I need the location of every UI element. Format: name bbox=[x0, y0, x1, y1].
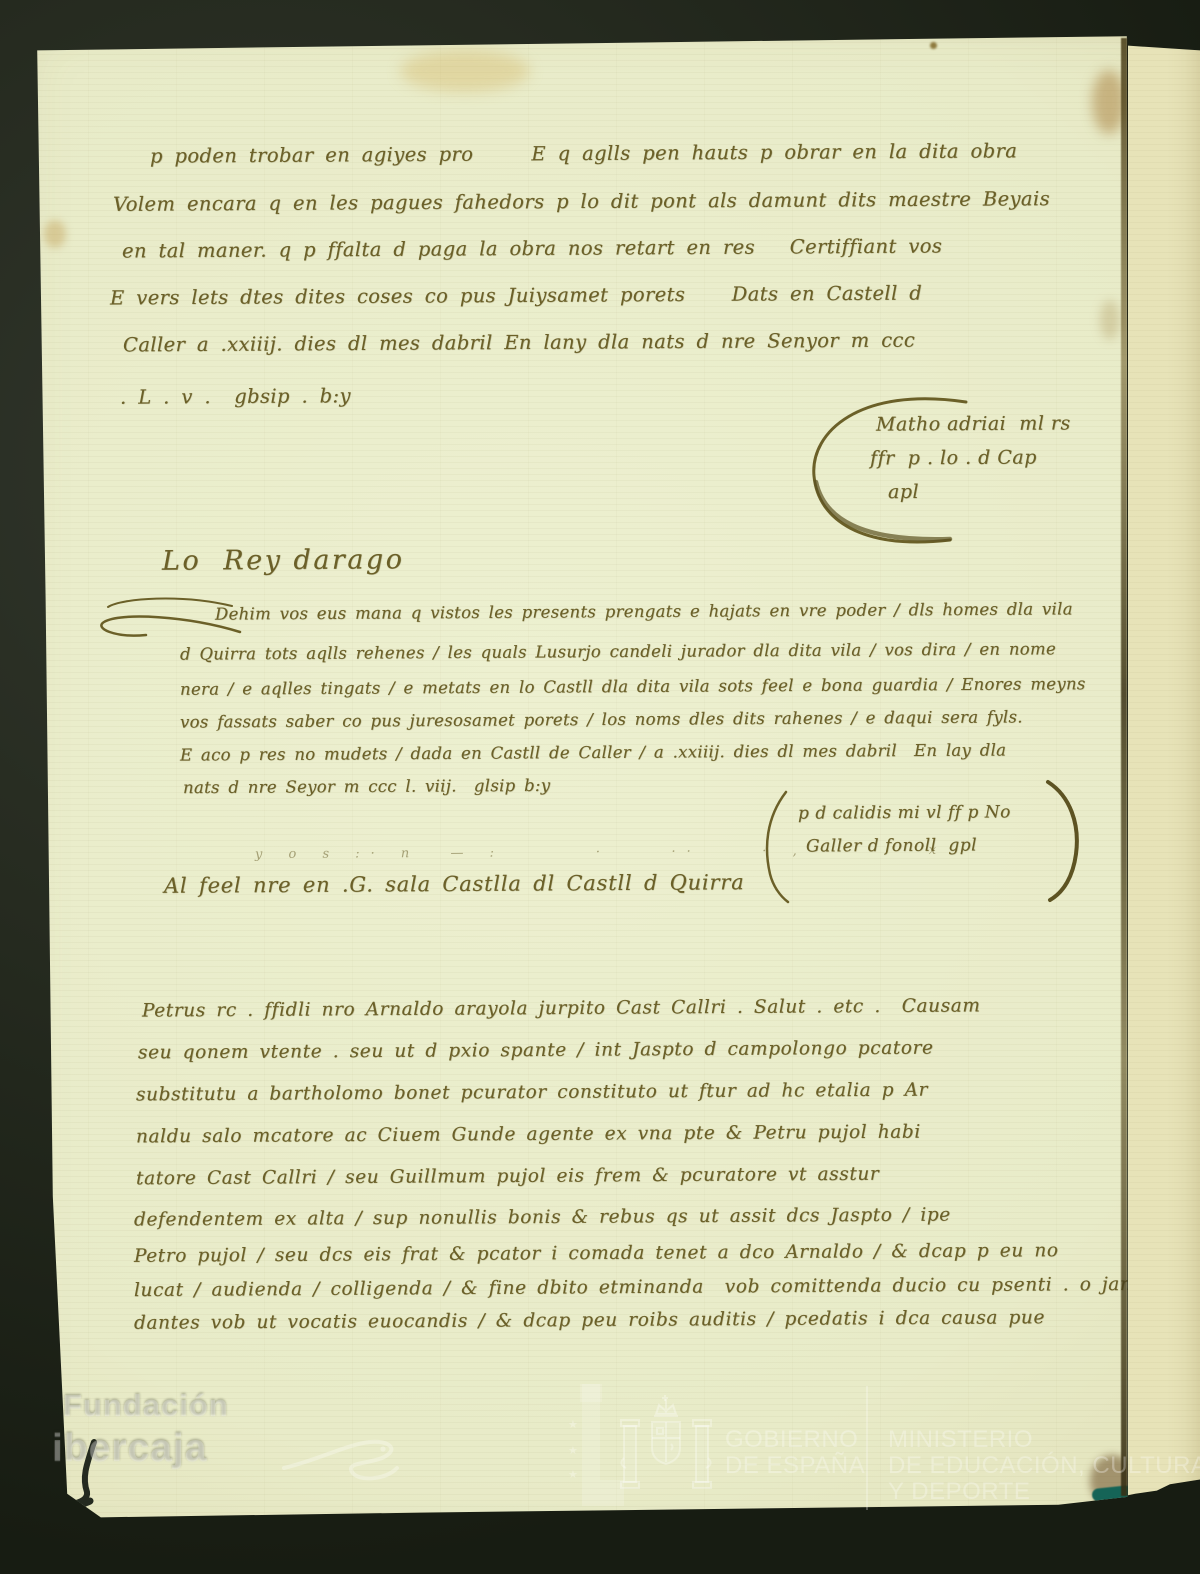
chancery-note-line: ffr p . lo . d Cap bbox=[870, 446, 1037, 469]
ibercaja-logo-icon bbox=[280, 1422, 405, 1500]
manuscript-line: vos fassats saber co pus juresosamet por… bbox=[180, 707, 1023, 731]
manuscript-line: Caller a .xxiiij. dies dl mes dabril En … bbox=[123, 329, 915, 357]
paper-stain bbox=[930, 42, 937, 49]
watermark-ministerio-line2: DE EDUCACIÓN, CULTURA bbox=[888, 1452, 1200, 1480]
paper-stain bbox=[44, 220, 66, 248]
watermark-gobierno-line1: GOBIERNO bbox=[725, 1426, 858, 1454]
manuscript-line: . L . v . gbsip . b:y bbox=[120, 384, 351, 408]
chancery-note-line: p d calidis mi vl ff p No bbox=[798, 802, 1011, 823]
manuscript-line: Dehim vos eus mana q vistos les presents… bbox=[215, 599, 1073, 623]
address-line: Al feel nre en .G. sala Castlla dl Castl… bbox=[164, 870, 745, 898]
manuscript-line: nera / e aqlles tingats / e metats en lo… bbox=[180, 674, 1086, 699]
manuscript-line: defendentem ex alta / sup nonullis bonis… bbox=[134, 1205, 951, 1231]
manuscript-line: naldu salo mcatore ac Ciuem Gunde agente… bbox=[136, 1122, 921, 1148]
manuscript-line: p poden trobar en agiyes pro E q aglls p… bbox=[150, 139, 1017, 167]
binding-gutter-seam bbox=[1121, 38, 1127, 1496]
manuscript-line: nats d nre Seyor m ccc l. viij. glsip b:… bbox=[183, 776, 550, 797]
manuscript-line: Petrus rc . ffidli nro Arnaldo arayola j… bbox=[142, 995, 981, 1021]
gutter-stain bbox=[1100, 300, 1120, 340]
manuscript-line: Volem encara q en les pagues fahedors p … bbox=[113, 187, 1050, 216]
manuscript-line: E vers lets dtes dites coses co pus Juiy… bbox=[110, 282, 922, 310]
manuscript-scan-photo: p poden trobar en agiyes pro E q aglls p… bbox=[0, 0, 1200, 1574]
paper-stain bbox=[400, 50, 530, 92]
chancery-note-line: Matho adriai ml rs bbox=[876, 412, 1071, 435]
watermark-gobierno-line2: DE ESPAÑA bbox=[725, 1452, 865, 1480]
watermark-ministerio-line3: Y DEPORTE bbox=[888, 1478, 1030, 1506]
manuscript-line: Petro pujol / seu dcs eis frat & pcator … bbox=[134, 1240, 1059, 1267]
chancery-paren-right bbox=[1040, 776, 1084, 906]
star-icon: ★ bbox=[568, 1468, 578, 1481]
star-icon: ★ bbox=[568, 1418, 578, 1431]
manuscript-line: tatore Cast Callri / seu Guillmum pujol … bbox=[136, 1164, 879, 1190]
watermark-divider bbox=[866, 1386, 868, 1510]
manuscript-line: dantes vob ut vocatis euocandis / & dcap… bbox=[134, 1307, 1045, 1334]
faint-erased-marks: y o s :· n — : · ·· · , x bbox=[255, 843, 947, 862]
manuscript-line: E aco p res no mudets / dada en Castll d… bbox=[180, 740, 1006, 764]
manuscript-line: d Quirra tots aqlls rehenes / les quals … bbox=[180, 639, 1056, 663]
watermark-ibercaja: ibercaja bbox=[52, 1427, 207, 1471]
spain-coat-of-arms-icon bbox=[616, 1392, 716, 1510]
manuscript-line: en tal maner. q p ffalta d paga la obra … bbox=[122, 234, 942, 262]
chancery-note-line: apl bbox=[888, 481, 919, 503]
manuscript-line: lucat / audienda / colligenda / & fine d… bbox=[134, 1274, 1138, 1301]
watermark-ministerio-line1: MINISTERIO bbox=[888, 1426, 1033, 1454]
star-icon: ★ bbox=[568, 1444, 578, 1457]
watermark-fundacion: Fundación bbox=[63, 1388, 229, 1424]
manuscript-line: seu qonem vtente . seu ut d pxio spante … bbox=[138, 1038, 934, 1064]
royal-heading: Lo Rey darago bbox=[162, 544, 405, 576]
manuscript-page: p poden trobar en agiyes pro E q aglls p… bbox=[0, 0, 1200, 1574]
manuscript-line: substitutu a bartholomo bonet pcurator c… bbox=[136, 1080, 928, 1106]
